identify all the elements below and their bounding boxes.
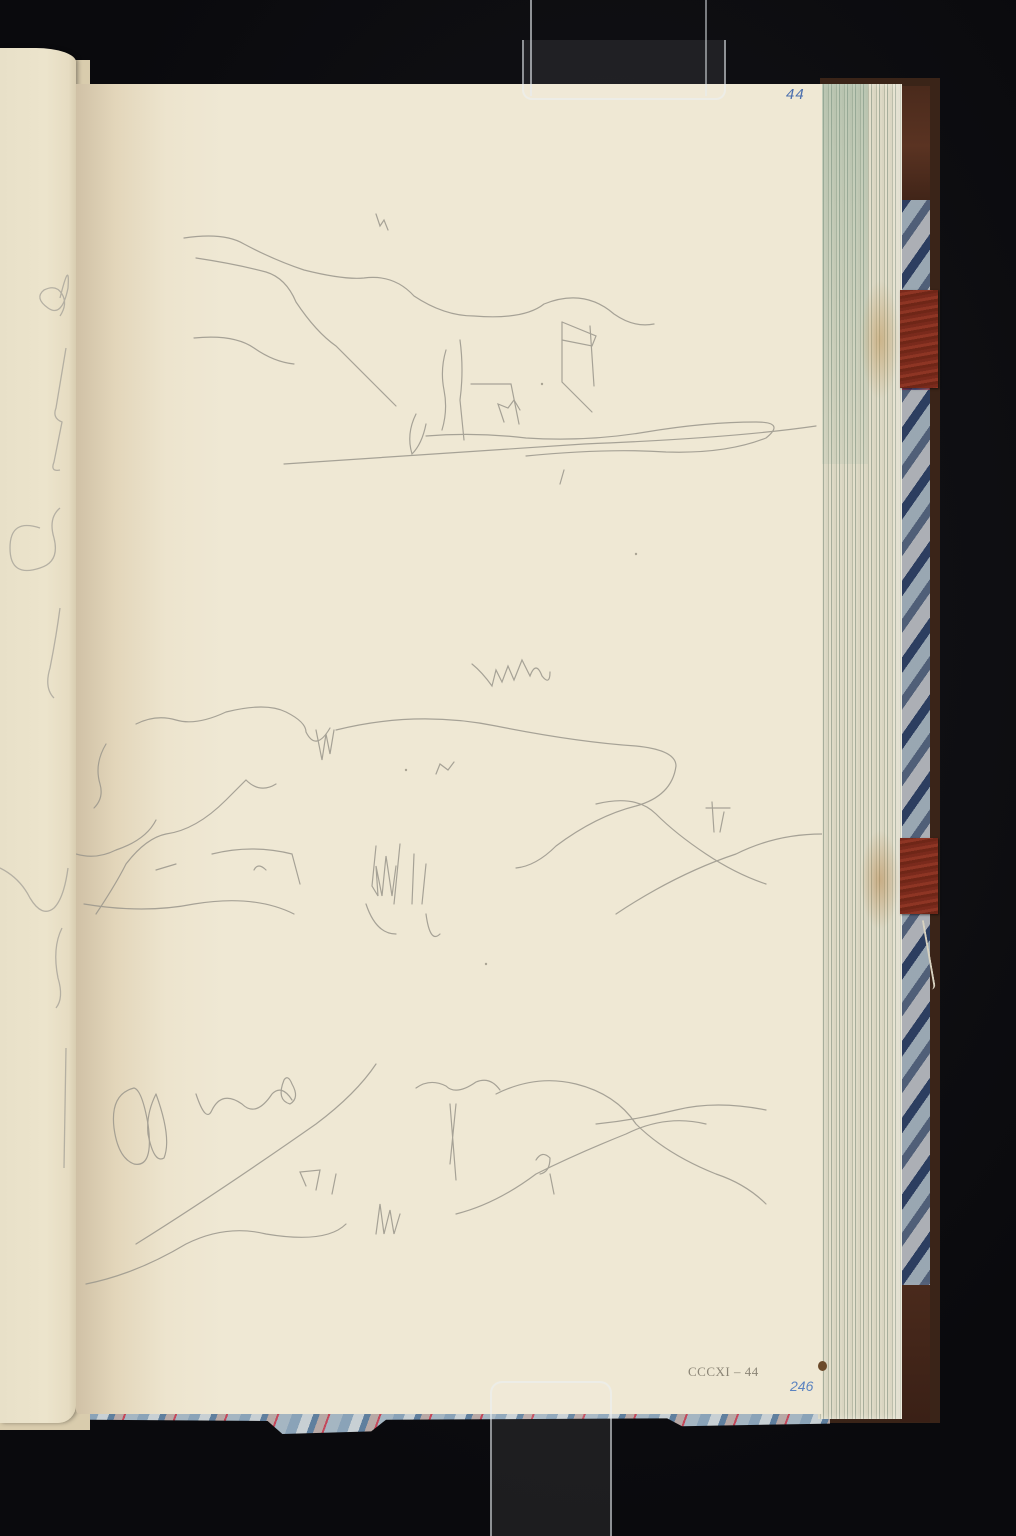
acrylic-page-clip-bottom [490,1381,612,1536]
pencil-sketches [76,84,822,1414]
upper-sketch-castle [184,214,816,484]
ink-stain [818,1361,827,1371]
inventory-sub-number: 246 [790,1378,813,1394]
edge-stain [860,830,900,930]
cover-leather-top [900,86,930,206]
cover-leather-bottom [900,1282,930,1422]
acrylic-page-clip-top [522,40,726,100]
verso-scribbles [0,48,76,1423]
leather-tab-upper [900,290,938,388]
recto-page [76,84,822,1414]
edge-stain [860,280,900,400]
folio-number: 44 [786,86,805,103]
left-verso-page [0,48,76,1423]
middle-sketch-valley [76,660,822,937]
leather-tab-lower [900,838,938,914]
lower-sketch-hills [86,1064,766,1284]
inventory-stamp: CCCXI – 44 [688,1364,759,1380]
